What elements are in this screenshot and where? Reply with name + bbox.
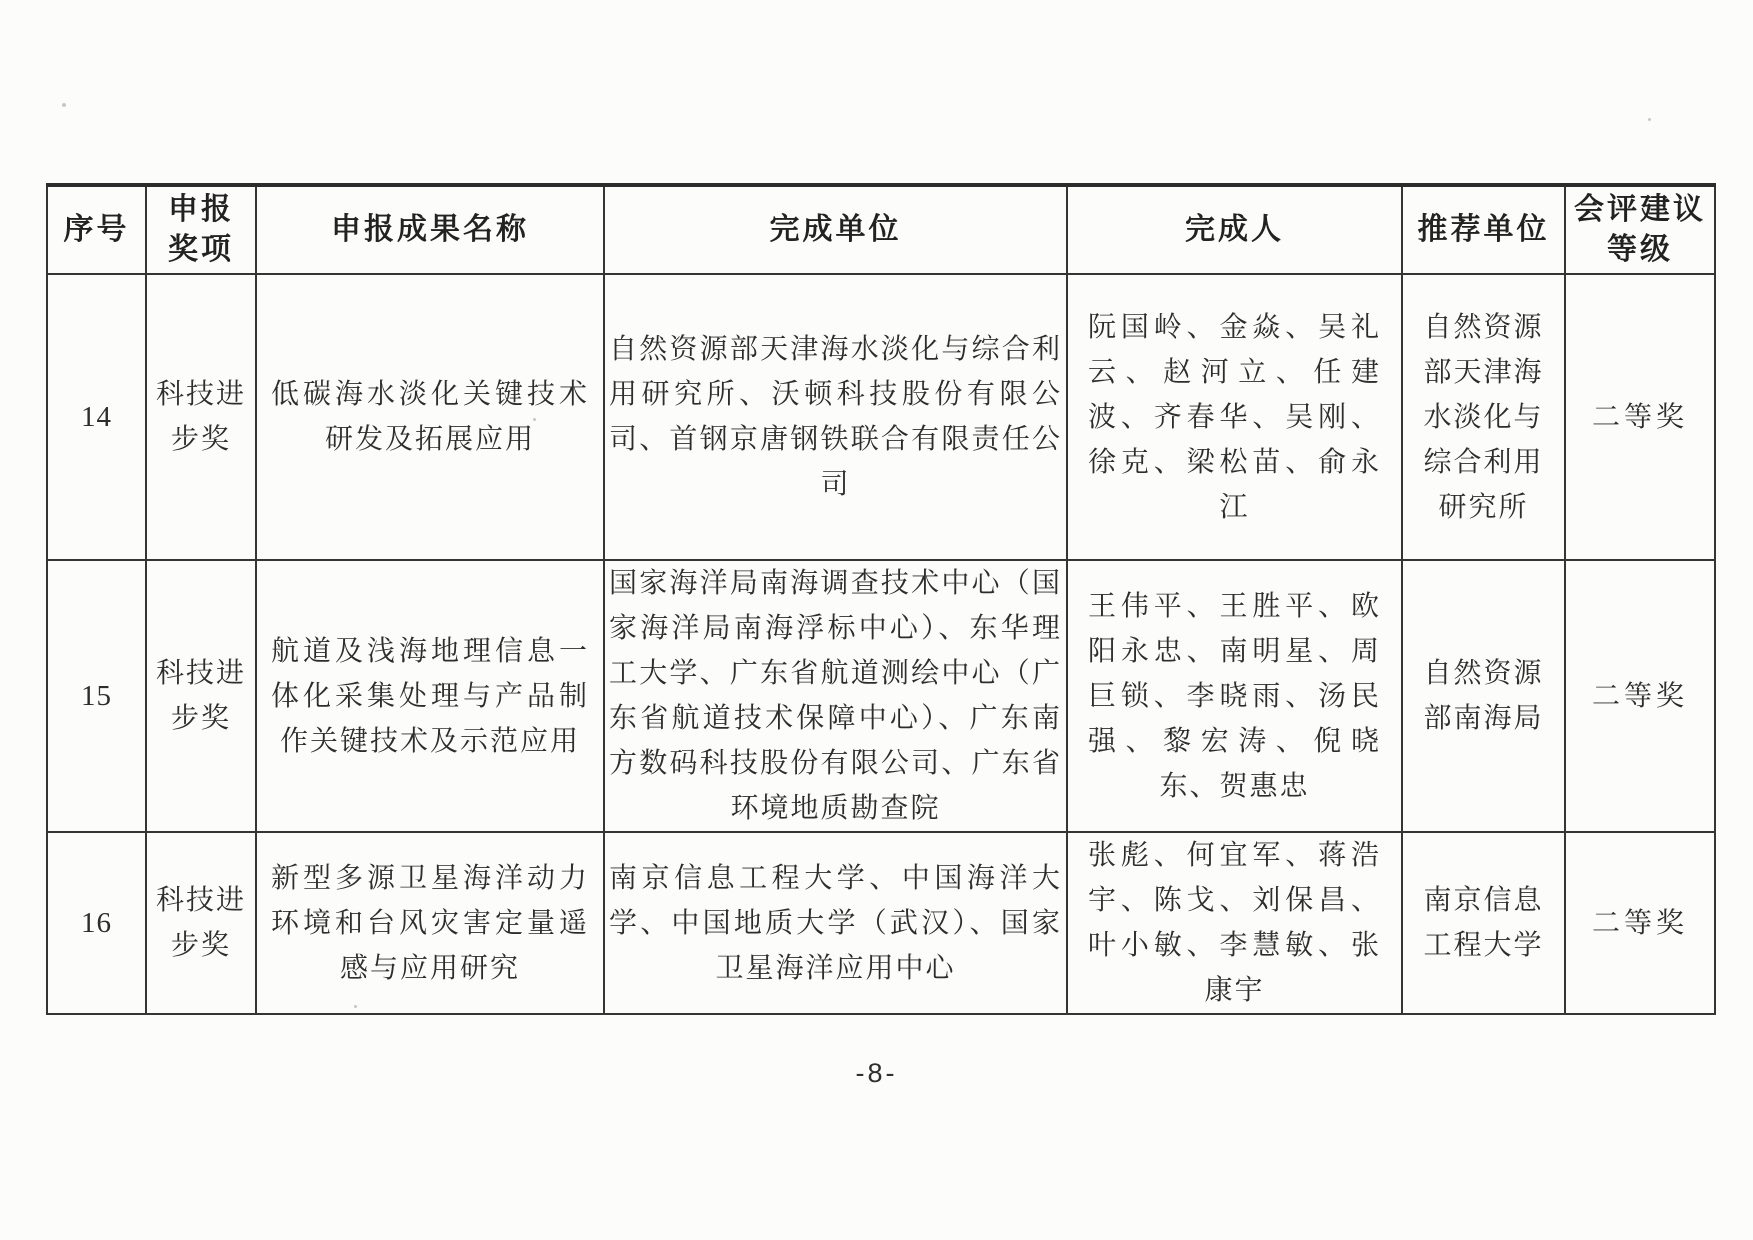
achievement-name: 新型多源卫星海洋动力环境和台风灾害定量遥感与应用研究 xyxy=(256,832,604,1014)
scan-speckle xyxy=(1648,118,1651,121)
header-completing-units: 完成单位 xyxy=(604,185,1067,274)
page-number: -8- xyxy=(0,1058,1753,1089)
suggested-grade: 二等奖 xyxy=(1565,560,1715,832)
achievement-name: 低碳海水淡化关键技术研发及拓展应用 xyxy=(256,274,604,560)
award-category: 科技进步奖 xyxy=(146,274,256,560)
achievement-name: 航道及浅海地理信息一体化采集处理与产品制作关键技术及示范应用 xyxy=(256,560,604,832)
scan-speckle xyxy=(354,1005,357,1008)
award-review-table: 序号 申报奖项 申报成果名称 完成单位 完成人 推荐单位 会评建议等级 14 科… xyxy=(46,183,1716,1015)
header-recommending-unit: 推荐单位 xyxy=(1402,185,1565,274)
table-row-14: 14 科技进步奖 低碳海水淡化关键技术研发及拓展应用 自然资源部天津海水淡化与综… xyxy=(47,274,1715,560)
serial-number: 15 xyxy=(47,560,146,832)
scan-speckle xyxy=(62,103,66,107)
suggested-grade: 二等奖 xyxy=(1565,274,1715,560)
recommending-unit: 自然资源部天津海水淡化与综合利用研究所 xyxy=(1402,274,1565,560)
header-serial-number: 序号 xyxy=(47,185,146,274)
table-row-15: 15 科技进步奖 航道及浅海地理信息一体化采集处理与产品制作关键技术及示范应用 … xyxy=(47,560,1715,832)
header-completing-people: 完成人 xyxy=(1067,185,1402,274)
completing-units: 南京信息工程大学、中国海洋大学、中国地质大学（武汉）、国家卫星海洋应用中心 xyxy=(604,832,1067,1014)
table-header-row: 序号 申报奖项 申报成果名称 完成单位 完成人 推荐单位 会评建议等级 xyxy=(47,185,1715,274)
award-category: 科技进步奖 xyxy=(146,560,256,832)
header-award-category: 申报奖项 xyxy=(146,185,256,274)
suggested-grade: 二等奖 xyxy=(1565,832,1715,1014)
header-suggested-grade: 会评建议等级 xyxy=(1565,185,1715,274)
award-category: 科技进步奖 xyxy=(146,832,256,1014)
recommending-unit: 自然资源部南海局 xyxy=(1402,560,1565,832)
scanned-document-page: 序号 申报奖项 申报成果名称 完成单位 完成人 推荐单位 会评建议等级 14 科… xyxy=(0,0,1753,1240)
completing-people: 张彪、何宜军、蒋浩宇、陈戈、刘保昌、叶小敏、李慧敏、张康宇 xyxy=(1067,832,1402,1014)
serial-number: 16 xyxy=(47,832,146,1014)
completing-units: 国家海洋局南海调查技术中心（国家海洋局南海浮标中心）、东华理工大学、广东省航道测… xyxy=(604,560,1067,832)
completing-people: 阮国岭、金焱、吴礼云、赵河立、任建波、齐春华、吴刚、徐克、梁松苗、俞永江 xyxy=(1067,274,1402,560)
recommending-unit: 南京信息工程大学 xyxy=(1402,832,1565,1014)
completing-people: 王伟平、王胜平、欧阳永忠、南明星、周巨锁、李晓雨、汤民强、黎宏涛、倪晓东、贺惠忠 xyxy=(1067,560,1402,832)
table-row-16: 16 科技进步奖 新型多源卫星海洋动力环境和台风灾害定量遥感与应用研究 南京信息… xyxy=(47,832,1715,1014)
serial-number: 14 xyxy=(47,274,146,560)
scan-speckle xyxy=(533,418,536,421)
completing-units: 自然资源部天津海水淡化与综合利用研究所、沃顿科技股份有限公司、首钢京唐钢铁联合有… xyxy=(604,274,1067,560)
header-achievement-name: 申报成果名称 xyxy=(256,185,604,274)
